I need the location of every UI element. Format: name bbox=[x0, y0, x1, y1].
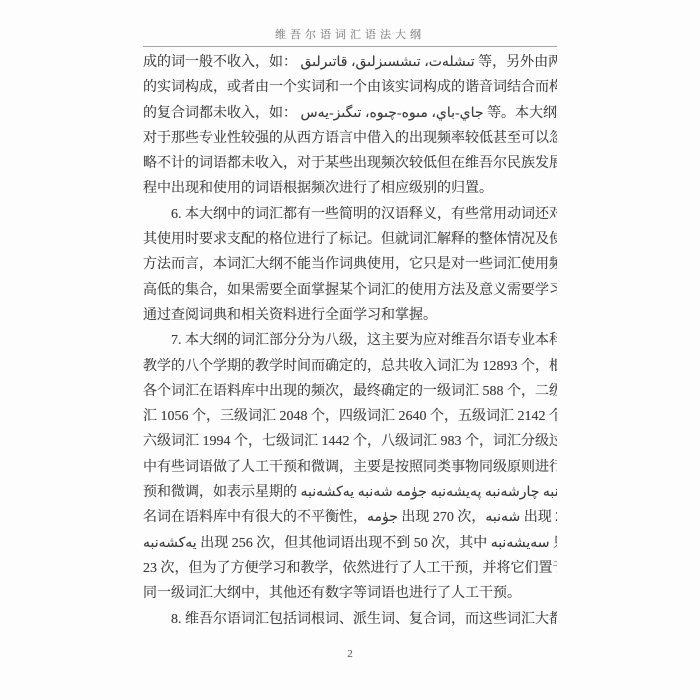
text-line: 名词在语料库中有很大的不平衡性，جۈمە 出现 270 次，شەنبە 出现 2… bbox=[143, 505, 557, 530]
text-line: 方法而言，本词汇大纲不能当作词典使用，它只是对一些词汇使用频次 bbox=[143, 252, 557, 277]
text-line: 略不计的词语都未收入，对于某些出现频次较低但在维吾尔民族发展过 bbox=[143, 151, 557, 176]
text-line: 高低的集合，如果需要全面掌握某个词汇的使用方法及意义需要学习者 bbox=[143, 278, 557, 303]
text-line: 预和微调，如表示星期的 دۈشەنبە سەيشەنبە چارشەنبە پە… bbox=[143, 480, 557, 505]
text-line: 教学的八个学期的教学时间而确定的，总共收入词汇为 12893 个，根据 bbox=[143, 354, 557, 379]
text-line: 的实词构成，或者由一个实词和一个由该实词构成的谐音词结合而构成 bbox=[143, 75, 557, 100]
text-line: 成的词一般不收入，如： تىشلەت، تىشسىزلىق، قاتىرلىق … bbox=[143, 50, 557, 75]
text-line: 程中出现和使用的词语根据频次进行了相应级别的归置。 bbox=[143, 176, 557, 201]
text-line: 6. 本大纲中的词汇都有一些简明的汉语释义，有些常用动词还对 bbox=[143, 202, 557, 227]
header-rule bbox=[143, 46, 557, 47]
page-number: 2 bbox=[143, 648, 557, 660]
body-text-block: 成的词一般不收入，如： تىشلەت، تىشسىزلىق، قاتىرلىق … bbox=[143, 50, 557, 632]
text-line: 其使用时要求支配的格位进行了标记。但就词汇解释的整体情况及使用 bbox=[143, 227, 557, 252]
text-line: 对于那些专业性较强的从西方语言中借入的出现频率较低甚至可以忽 bbox=[143, 126, 557, 151]
text-line: 23 次，但为了方便学习和教学，依然进行了人工干预，并将它们置于 bbox=[143, 556, 557, 581]
text-line: 7. 本大纲的词汇部分分为八级，这主要为应对维吾尔语专业本科 bbox=[143, 328, 557, 353]
text-line: 中有些词语做了人工干预和微调，主要是按照同类事物同级原则进行干 bbox=[143, 455, 557, 480]
running-header-title: 维吾尔语词汇语法大纲 bbox=[143, 26, 557, 42]
text-line: 的复合词都未收入，如： جاي-باي، مىوە-چىوە، تىگىز-يە… bbox=[143, 101, 557, 126]
text-line: يەكشەنبە 出现 256 次，但其他词语出现不到 50 次，其中 سەيش… bbox=[143, 531, 557, 556]
text-line: 8. 维吾尔语词汇包括词根词、派生词、复合词，而这些词汇大都 bbox=[143, 607, 557, 632]
scanned-book-page: 维吾尔语词汇语法大纲 成的词一般不收入，如： تىشلەت، تىشسىزلىق… bbox=[0, 0, 700, 700]
text-line: 汇 1056 个，三级词汇 2048 个，四级词汇 2640 个，五级词汇 21… bbox=[143, 404, 557, 429]
text-line: 各个词汇在语料库中出现的频次，最终确定的一级词汇 588 个，二级词 bbox=[143, 379, 557, 404]
text-line: 六级词汇 1994 个，七级词汇 1442 个，八级词汇 983 个，词汇分级过… bbox=[143, 429, 557, 454]
text-line: 通过查阅词典和相关资料进行全面学习和掌握。 bbox=[143, 303, 557, 328]
text-line: 同一级词汇大纲中，其他还有数字等词语也进行了人工干预。 bbox=[143, 581, 557, 606]
